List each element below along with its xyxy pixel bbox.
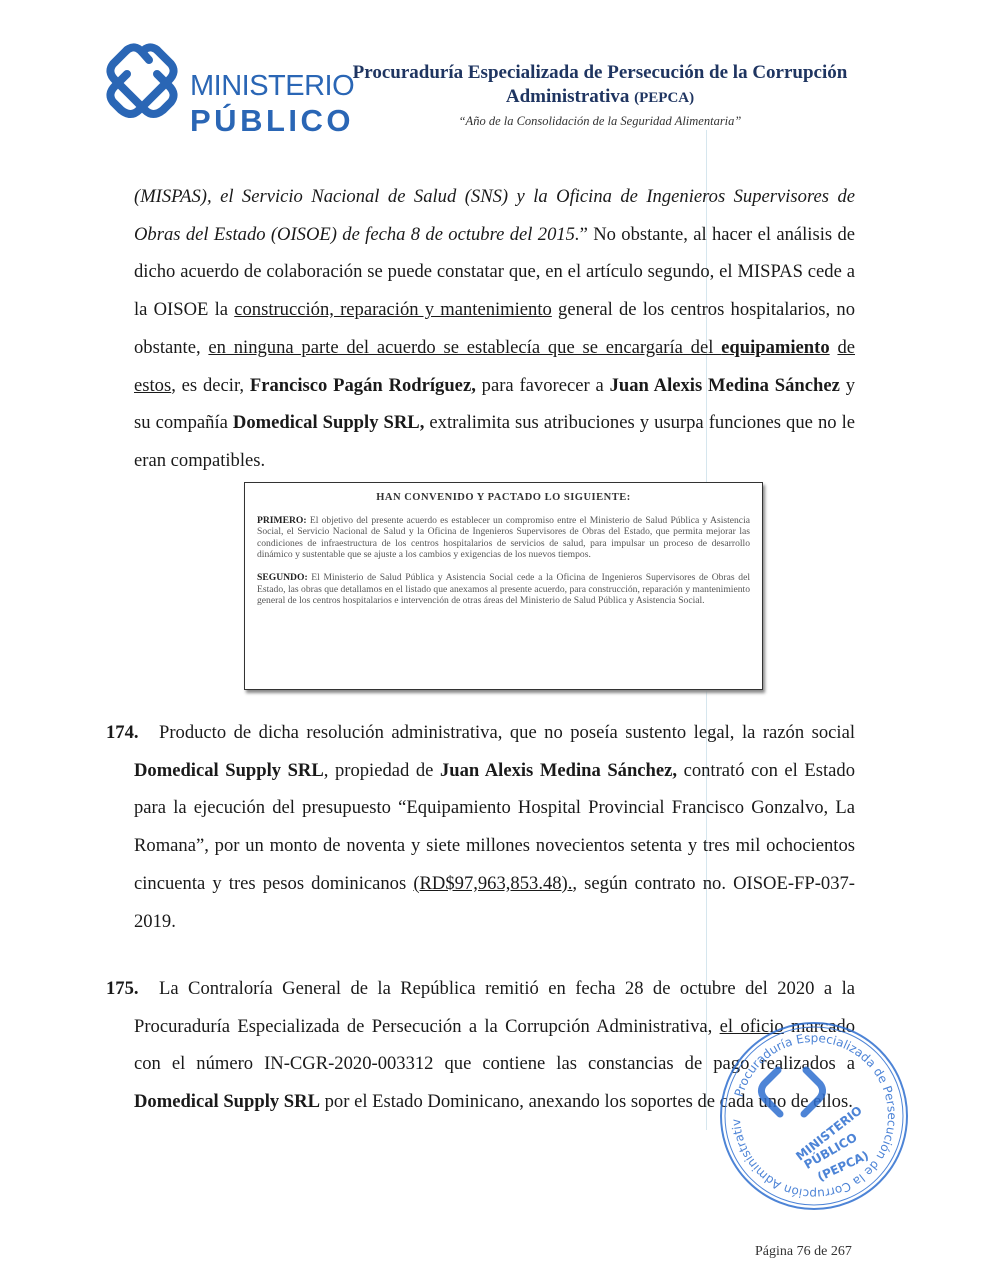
clause-primero: PRIMERO: El objetivo del presente acuerd…	[257, 515, 750, 561]
paragraph-continued: (MISPAS), el Servicio Nacional de Salud …	[134, 178, 855, 480]
office-acronym: (PEPCA)	[634, 90, 694, 106]
logo-wordmark: MINISTERIO PÚBLICO	[190, 72, 354, 136]
excerpt-title: HAN CONVENIDO Y PACTADO LO SIGUIENTE:	[257, 492, 750, 504]
official-seal-stamp: Procuraduría Especializada de Persecució…	[718, 1020, 910, 1212]
year-motto: “Año de la Consolidación de la Seguridad…	[340, 110, 860, 132]
clause-segundo: SEGUNDO: El Ministerio de Salud Pública …	[257, 572, 750, 607]
agreement-excerpt-image: HAN CONVENIDO Y PACTADO LO SIGUIENTE: PR…	[244, 482, 763, 690]
stamp-knot-icon	[761, 1070, 822, 1114]
logo-line1: MINISTERIO	[190, 72, 354, 101]
office-title-line2: Administrativa (PEPCA)	[340, 85, 860, 110]
logo-line2: PÚBLICO	[190, 105, 354, 136]
office-title-line1: Procuraduría Especializada de Persecució…	[340, 61, 860, 85]
office-header: Procuraduría Especializada de Persecució…	[340, 61, 860, 132]
page-number: Página 76 de 267	[755, 1244, 852, 1260]
paragraph-174: Producto de dicha resolución administrat…	[134, 714, 855, 940]
ministerio-publico-knot-icon	[105, 42, 180, 122]
